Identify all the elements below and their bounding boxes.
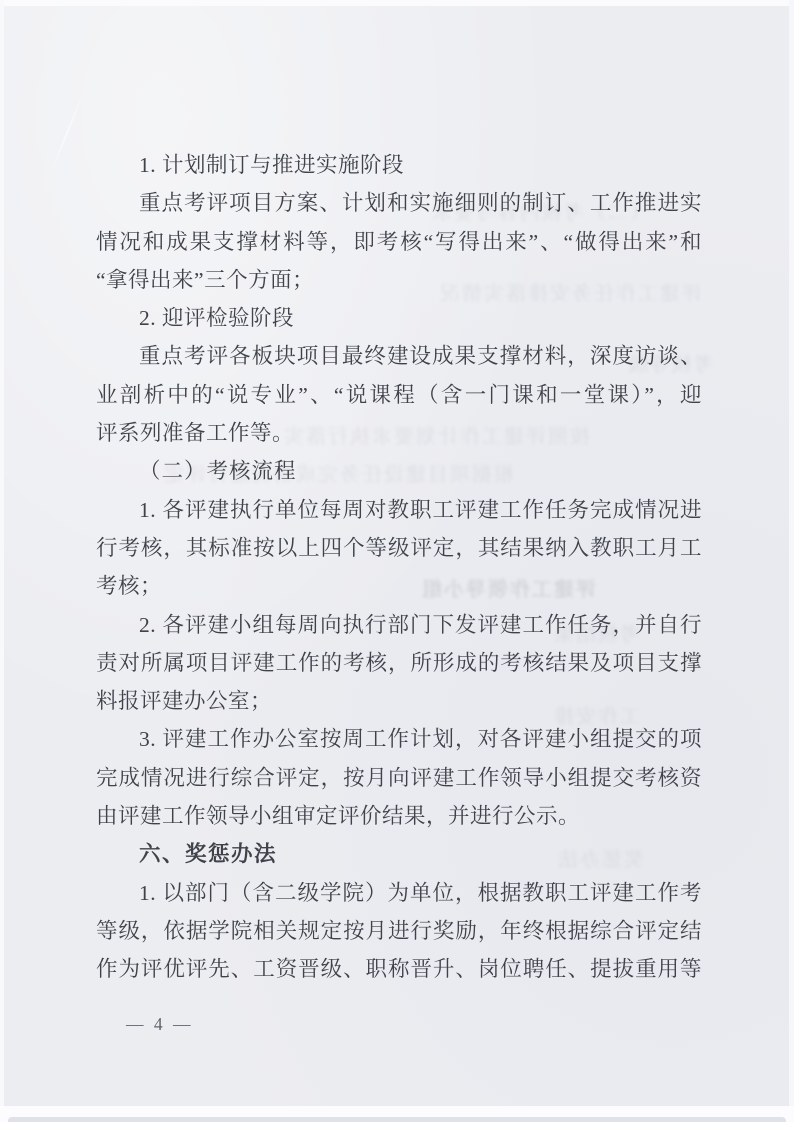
text-line: 重点考评各板块项目最终建设成果支撑材料，深度访谈、专 — [96, 337, 702, 375]
text-line: 考核； — [96, 567, 702, 605]
text-line: 3. 评建工作办公室按周工作计划，对各评建小组提交的项目 — [96, 720, 702, 758]
list-item-heading: 1. 计划制订与推进实施阶段 — [96, 146, 702, 184]
text-line: 业剖析中的“说专业”、“说课程（含一门课和一堂课）”，迎 — [96, 376, 702, 414]
text-line: 1. 以部门（含二级学院）为单位，根据教职工评建工作考核 — [96, 874, 702, 912]
subsection-heading: （二）考核流程 — [96, 452, 702, 490]
list-item-heading: 2. 迎评检验阶段 — [96, 299, 702, 337]
text-line: 行考核，其标准按以上四个等级评定，其结果纳入教职工月工作 — [96, 529, 702, 567]
text-line: 等级，依据学院相关规定按月进行奖励，年终根据综合评定结果， — [96, 912, 702, 950]
document-body: 1. 计划制订与推进实施阶段 重点考评项目方案、计划和实施细则的制订、工作推进实… — [96, 146, 702, 989]
text-line: 作为评优评先、工资晋级、职称晋升、岗位聘任、提拔重用等重 — [96, 950, 702, 988]
text-line: 责对所属项目评建工作的考核，所形成的考核结果及项目支撑材 — [96, 644, 702, 682]
text-line: 2. 各评建小组每周向执行部门下发评建工作任务，并自行负 — [96, 606, 702, 644]
scanned-document-page: （二）考核内容与要求 评建工作任务安排落实情况 考核等级 按照评建工作计划要求执… — [0, 0, 794, 1122]
page-edge-right — [789, 0, 794, 1122]
text-line: 情况和成果支撑材料等，即考核“写得出来”、“做得出来”和 — [96, 223, 702, 261]
text-line: 重点考评项目方案、计划和实施细则的制订、工作推进实施 — [96, 184, 702, 222]
text-line: 1. 各评建执行单位每周对教职工评建工作任务完成情况进 — [96, 491, 702, 529]
page-edge-top — [0, 0, 794, 6]
text-line: 评系列准备工作等。 — [96, 414, 702, 452]
section-heading: 六、奖惩办法 — [96, 835, 702, 873]
text-line: 完成情况进行综合评定，按月向评建工作领导小组提交考核资料， — [96, 759, 702, 797]
page-edge-left — [0, 0, 4, 1122]
text-line: 由评建工作领导小组审定评价结果，并进行公示。 — [96, 797, 702, 835]
next-page-edge — [8, 1117, 786, 1122]
page-number: — 4 — — [126, 1014, 194, 1035]
text-line: 料报评建办公室； — [96, 682, 702, 720]
text-line: “拿得出来”三个方面； — [96, 261, 702, 299]
